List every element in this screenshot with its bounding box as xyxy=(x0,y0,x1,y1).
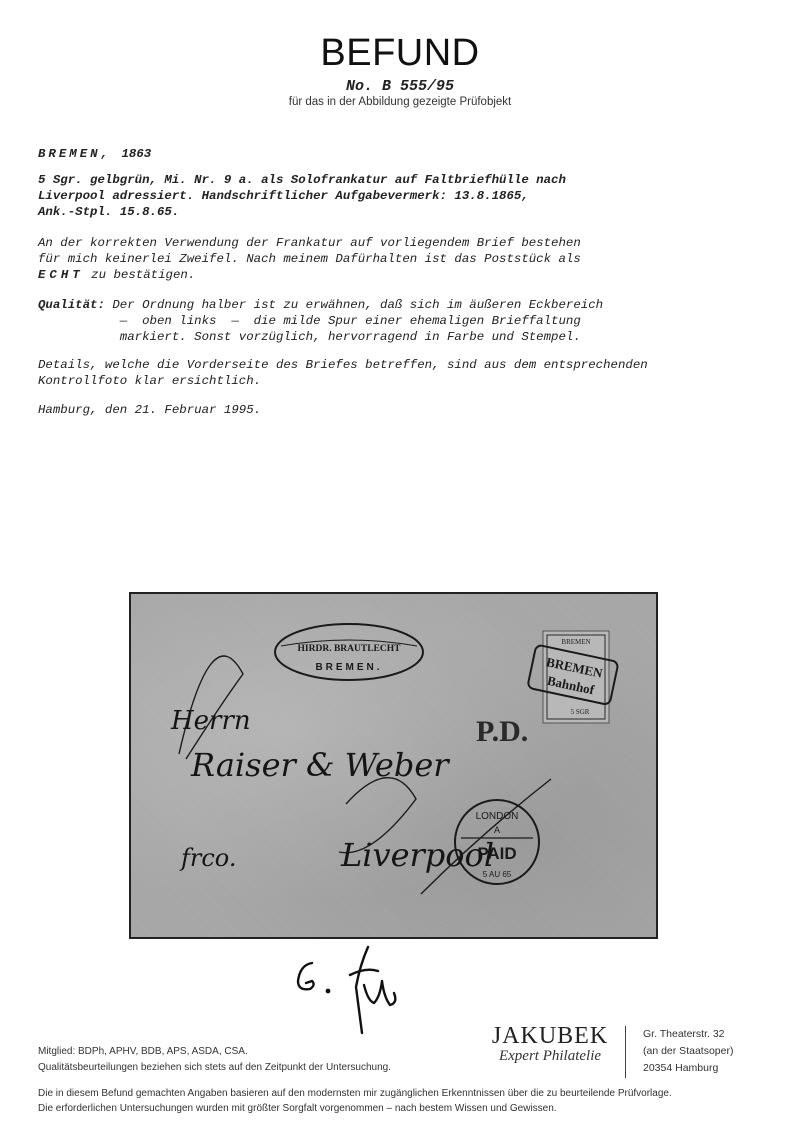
heading-year: 1863 xyxy=(122,147,152,161)
address-via: frco. xyxy=(179,844,236,872)
details-line: Kontrollfoto klar ersichtlich. xyxy=(38,373,768,389)
verdict-emphasis: ECHT xyxy=(38,268,84,282)
business-address: Gr. Theaterstr. 32 (an der Staatsoper) 2… xyxy=(643,1026,733,1077)
footer-notes: Mitglied: BDPh, APHV, BDB, APS, ASDA, CS… xyxy=(38,1044,391,1076)
disclaimer-line: Die in diesem Befund gemachten Angaben b… xyxy=(38,1086,672,1101)
verdict-line: An der korrekten Verwendung der Frankatu… xyxy=(38,235,768,251)
stamp-description: 5 Sgr. gelbgrün, Mi. Nr. 9 a. als Solofr… xyxy=(38,172,768,220)
verdict-paragraph: An der korrekten Verwendung der Frankatu… xyxy=(38,235,768,283)
cover-illustration: HIRDR. BRAUTLECHT BREMEN. BREMEN 5 SGR B… xyxy=(131,594,656,937)
quality-line: Qualität: Der Ordnung halber ist zu erwä… xyxy=(38,297,768,313)
stamp-value-text: 5 SGR xyxy=(571,708,590,716)
quality-text: Der Ordnung halber ist zu erwähnen, daß … xyxy=(105,298,603,312)
verdict-line: für mich keinerlei Zweifel. Nach meinem … xyxy=(38,251,768,267)
sender-stamp-top: HIRDR. BRAUTLECHT xyxy=(298,644,402,654)
footer-divider xyxy=(625,1026,626,1078)
sender-stamp-bottom: BREMEN. xyxy=(315,662,382,673)
verdict-line: ECHT zu bestätigen. xyxy=(38,267,768,283)
disclaimer: Die in diesem Befund gemachten Angaben b… xyxy=(38,1086,672,1116)
cover-photo: HIRDR. BRAUTLECHT BREMEN. BREMEN 5 SGR B… xyxy=(129,592,658,939)
address-city: Liverpool xyxy=(340,836,494,874)
address-line: 20354 Hamburg xyxy=(643,1060,733,1077)
pd-mark: P.D. xyxy=(476,715,528,748)
stamp-top-text: BREMEN xyxy=(561,638,590,646)
brand-logo: JAKUBEK Expert Philatelie xyxy=(480,1023,620,1065)
certificate-number: No. B 555/95 xyxy=(0,78,800,95)
quality-line: — oben links — die milde Spur einer ehem… xyxy=(38,313,768,329)
document-title: BEFUND xyxy=(0,32,800,75)
details-line: Details, welche die Vorderseite des Brie… xyxy=(38,357,768,373)
place-date: Hamburg, den 21. Februar 1995. xyxy=(38,402,768,418)
address-line: Gr. Theaterstr. 32 xyxy=(643,1026,733,1043)
description-line: Ank.-Stpl. 15.8.65. xyxy=(38,204,768,220)
brand-tagline: Expert Philatelie xyxy=(480,1048,620,1065)
heading-place: BREMEN, xyxy=(38,147,111,161)
membership: Mitglied: BDPh, APHV, BDB, APS, ASDA, CS… xyxy=(38,1044,391,1060)
london-mid: A xyxy=(494,825,500,835)
disclaimer-line: Die erforderlichen Untersuchungen wurden… xyxy=(38,1101,672,1116)
document-subtitle: für das in der Abbildung gezeigte Prüfob… xyxy=(0,96,800,108)
address-name: Raiser & Weber xyxy=(190,746,450,784)
london-top: LONDON xyxy=(476,811,519,822)
report-heading: BREMEN, 1863 xyxy=(38,146,768,162)
brand-name: JAKUBEK xyxy=(480,1023,620,1050)
details-paragraph: Details, welche die Vorderseite des Brie… xyxy=(38,357,768,389)
address-line: (an der Staatsoper) xyxy=(643,1043,733,1060)
quality-label: Qualität: xyxy=(38,298,105,312)
quality-paragraph: Qualität: Der Ordnung halber ist zu erwä… xyxy=(38,297,768,345)
verdict-tail: zu bestätigen. xyxy=(84,268,196,282)
examiner-signature: G. Jakubek xyxy=(290,945,400,1045)
quality-note: Qualitätsbeurteilungen beziehen sich ste… xyxy=(38,1060,391,1076)
description-line: 5 Sgr. gelbgrün, Mi. Nr. 9 a. als Solofr… xyxy=(38,172,768,188)
quality-line: markiert. Sonst vorzüglich, hervorragend… xyxy=(38,329,768,345)
description-line: Liverpool adressiert. Handschriftlicher … xyxy=(38,188,768,204)
